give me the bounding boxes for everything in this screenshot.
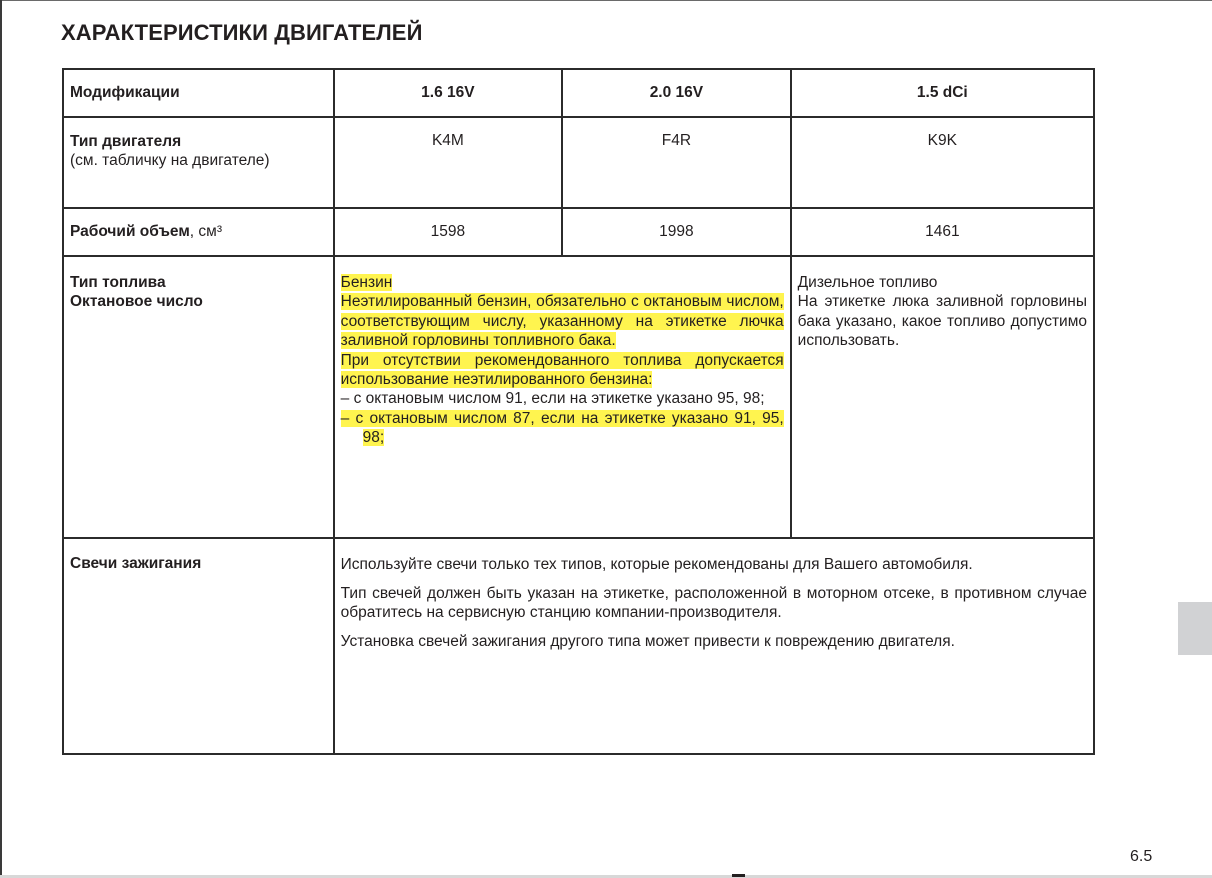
- engine-type-note: (см. табличку на двигателе): [70, 151, 327, 170]
- petrol-title: Бензин: [341, 274, 393, 291]
- diesel-info-cell: Дизельное топливо На этикетке люка залив…: [791, 256, 1094, 538]
- displacement-value-2: 1998: [562, 208, 791, 256]
- table-row-displacement: Рабочий объем, см³ 1598 1998 1461: [63, 208, 1094, 256]
- fuel-type-title: Тип топлива: [70, 273, 327, 292]
- spark-plugs-paragraph-1: Используйте свечи только тех типов, кото…: [341, 555, 1087, 574]
- page-border-top: [0, 0, 1212, 1]
- spark-plugs-label: Свечи зажигания: [63, 538, 334, 754]
- spark-plugs-info-cell: Используйте свечи только тех типов, кото…: [334, 538, 1094, 754]
- petrol-paragraph-1: Неэтилированный бензин, обязательно с ок…: [341, 293, 784, 349]
- petrol-info-cell: Бензин Неэтилированный бензин, обязатель…: [334, 256, 791, 538]
- table-header-row: Модификации 1.6 16V 2.0 16V 1.5 dCi: [63, 69, 1094, 117]
- table-row-fuel: Тип топлива Октановое число Бензин Неэти…: [63, 256, 1094, 538]
- petrol-item-2: – с октановым числом 87, если на этикетк…: [341, 410, 784, 446]
- page-center-mark: [732, 874, 745, 877]
- section-thumb-tab: [1178, 602, 1212, 655]
- octane-title: Октановое число: [70, 292, 327, 311]
- engine-specs-table: Модификации 1.6 16V 2.0 16V 1.5 dCi Тип …: [62, 68, 1095, 755]
- petrol-paragraph-2: При отсутствии рекомендованного топлива …: [341, 352, 784, 388]
- diesel-paragraph: На этикетке люка заливной горловины бака…: [798, 292, 1087, 350]
- table-row-spark-plugs: Свечи зажигания Используйте свечи только…: [63, 538, 1094, 754]
- displacement-label: Рабочий объем, см³: [63, 208, 334, 256]
- page-title: ХАРАКТЕРИСТИКИ ДВИГАТЕЛЕЙ: [61, 20, 423, 46]
- spark-plugs-paragraph-3: Установка свечей зажигания другого типа …: [341, 632, 1087, 651]
- page-number: 6.5: [1130, 848, 1152, 866]
- displacement-unit: , см³: [190, 223, 222, 240]
- header-modifications: Модификации: [63, 69, 334, 117]
- table-row-engine-type: Тип двигателя (см. табличку на двигателе…: [63, 117, 1094, 208]
- displacement-value-1: 1598: [334, 208, 563, 256]
- engine-type-value-3: K9K: [791, 117, 1094, 208]
- petrol-item-1: – с октановым числом 91, если на этикетк…: [341, 389, 784, 408]
- engine-type-value-2: F4R: [562, 117, 791, 208]
- engine-type-title: Тип двигателя: [70, 132, 327, 151]
- header-col-2: 2.0 16V: [562, 69, 791, 117]
- fuel-label: Тип топлива Октановое число: [63, 256, 334, 538]
- spark-plugs-paragraph-2: Тип свечей должен быть указан на этикетк…: [341, 584, 1087, 622]
- engine-type-label: Тип двигателя (см. табличку на двигателе…: [63, 117, 334, 208]
- header-col-1: 1.6 16V: [334, 69, 563, 117]
- engine-type-value-1: K4M: [334, 117, 563, 208]
- displacement-title: Рабочий объем: [70, 223, 190, 240]
- displacement-value-3: 1461: [791, 208, 1094, 256]
- diesel-title: Дизельное топливо: [798, 273, 1087, 292]
- header-col-3: 1.5 dCi: [791, 69, 1094, 117]
- page-border-left: [0, 0, 2, 878]
